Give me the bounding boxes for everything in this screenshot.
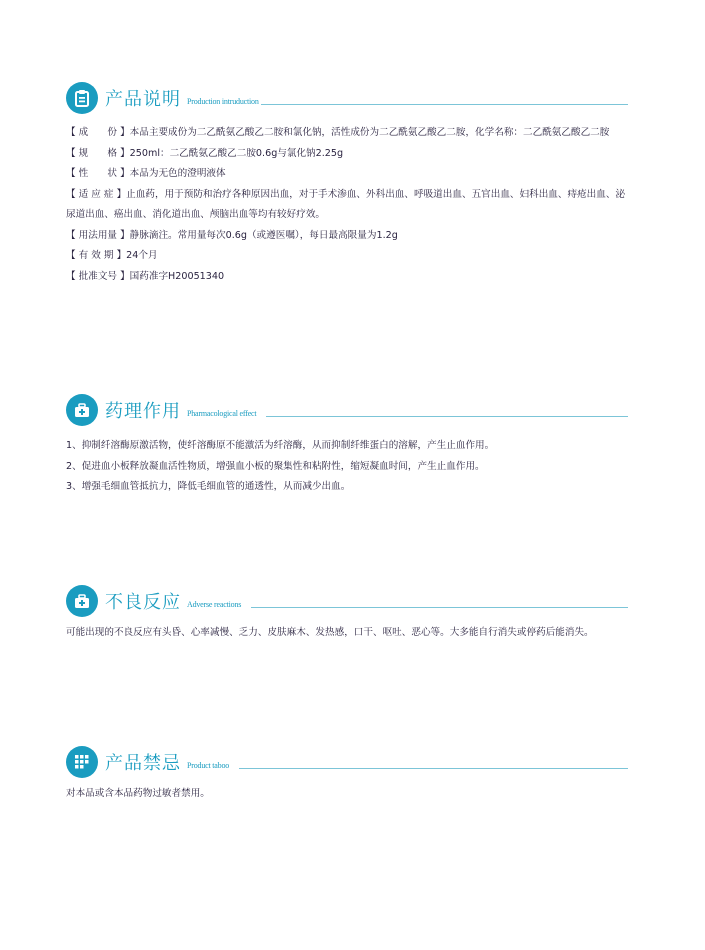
row-label: 【 有 效 期 】 xyxy=(66,250,126,261)
section-title: 产品禁忌 xyxy=(105,749,181,775)
row-value: 本品为无色的澄明液体 xyxy=(130,168,226,179)
row-label: 【 性 状 】 xyxy=(66,168,130,179)
row-value: 24个月 xyxy=(126,250,157,261)
section-subtitle: Product taboo xyxy=(187,761,229,770)
adverse-body: 可能出现的不良反应有头昏、心率减慢、乏力、皮肤麻木、发热感，口干、呕吐、恶心等。… xyxy=(66,623,666,644)
section-header: 产品禁忌 Product taboo xyxy=(66,745,636,779)
row-dosage: 【 用法用量 】静脉滴注。常用量每次0.6g（或遵医嘱），每日最高限量为1.2g xyxy=(66,226,626,247)
row-approval-number: 【 批准文号 】国药准字H20051340 xyxy=(66,267,626,288)
medical-kit-icon xyxy=(66,394,98,426)
divider-line xyxy=(239,768,628,769)
row-label: 【 适 应 症 】 xyxy=(66,189,126,200)
section-header: 药理作用 Pharmacological effect xyxy=(66,393,636,427)
row-value: 本品主要成份为二乙酰氨乙酸乙二胺和氯化钠，活性成份为二乙酰氨乙酸乙二胺，化学名称… xyxy=(130,127,610,138)
divider-line xyxy=(251,607,628,608)
row-value: 静脉滴注。常用量每次0.6g（或遵医嘱），每日最高限量为1.2g xyxy=(130,230,398,241)
divider-line xyxy=(266,416,628,417)
section-product-intro: 产品说明 Production intruduction 【 成 份 】本品主要… xyxy=(66,81,636,287)
row-label: 【 用法用量 】 xyxy=(66,230,130,241)
adverse-text: 可能出现的不良反应有头昏、心率减慢、乏力、皮肤麻木、发热感，口干、呕吐、恶心等。… xyxy=(66,623,666,644)
row-ingredients: 【 成 份 】本品主要成份为二乙酰氨乙酸乙二胺和氯化钠，活性成份为二乙酰氨乙酸乙… xyxy=(66,123,626,144)
intro-body: 【 成 份 】本品主要成份为二乙酰氨乙酸乙二胺和氯化钠，活性成份为二乙酰氨乙酸乙… xyxy=(66,123,626,287)
row-value: 止血药，用于预防和治疗各种原因出血，对于手术渗血、外科出血、呼吸道出血、五官出血… xyxy=(66,189,625,221)
list-item: 3、增强毛细血管抵抗力，降低毛细血管的通透性，从而减少出血。 xyxy=(66,477,636,498)
section-subtitle: Adverse reactions xyxy=(187,600,241,609)
section-subtitle: Pharmacological effect xyxy=(187,409,256,418)
section-header: 产品说明 Production intruduction xyxy=(66,81,636,115)
section-title: 不良反应 xyxy=(105,588,181,614)
section-header: 不良反应 Adverse reactions xyxy=(66,584,636,618)
divider-line xyxy=(261,104,628,105)
grid-icon xyxy=(66,746,98,778)
section-title: 药理作用 xyxy=(105,397,181,423)
row-specification: 【 规 格 】250ml：二乙酰氨乙酸乙二胺0.6g与氯化钠2.25g xyxy=(66,144,626,165)
section-adverse-reactions: 不良反应 Adverse reactions 可能出现的不良反应有头昏、心率减慢… xyxy=(66,584,636,644)
pharmacology-body: 1、抑制纤溶酶原激活物，使纤溶酶原不能激活为纤溶酶，从而抑制纤维蛋白的溶解，产生… xyxy=(66,436,636,498)
clipboard-icon xyxy=(66,82,98,114)
taboo-text: 对本品或含本品药物过敏者禁用。 xyxy=(66,784,636,805)
list-item: 2、促进血小板释放凝血活性物质，增强血小板的聚集性和粘附性，缩短凝血时间，产生止… xyxy=(66,457,636,478)
row-properties: 【 性 状 】本品为无色的澄明液体 xyxy=(66,164,626,185)
row-label: 【 批准文号 】 xyxy=(66,271,130,282)
section-pharmacology: 药理作用 Pharmacological effect 1、抑制纤溶酶原激活物，… xyxy=(66,393,636,498)
row-indications: 【 适 应 症 】止血药，用于预防和治疗各种原因出血，对于手术渗血、外科出血、呼… xyxy=(66,185,626,226)
row-label: 【 规 格 】 xyxy=(66,148,130,159)
row-value: 250ml：二乙酰氨乙酸乙二胺0.6g与氯化钠2.25g xyxy=(130,148,343,159)
section-subtitle: Production intruduction xyxy=(187,97,259,106)
row-shelf-life: 【 有 效 期 】24个月 xyxy=(66,246,626,267)
row-label: 【 成 份 】 xyxy=(66,127,130,138)
medical-kit-icon xyxy=(66,585,98,617)
taboo-body: 对本品或含本品药物过敏者禁用。 xyxy=(66,784,636,805)
section-title: 产品说明 xyxy=(105,85,181,111)
row-value: 国药准字H20051340 xyxy=(130,271,224,282)
section-product-taboo: 产品禁忌 Product taboo 对本品或含本品药物过敏者禁用。 xyxy=(66,745,636,805)
list-item: 1、抑制纤溶酶原激活物，使纤溶酶原不能激活为纤溶酶，从而抑制纤维蛋白的溶解，产生… xyxy=(66,436,636,457)
